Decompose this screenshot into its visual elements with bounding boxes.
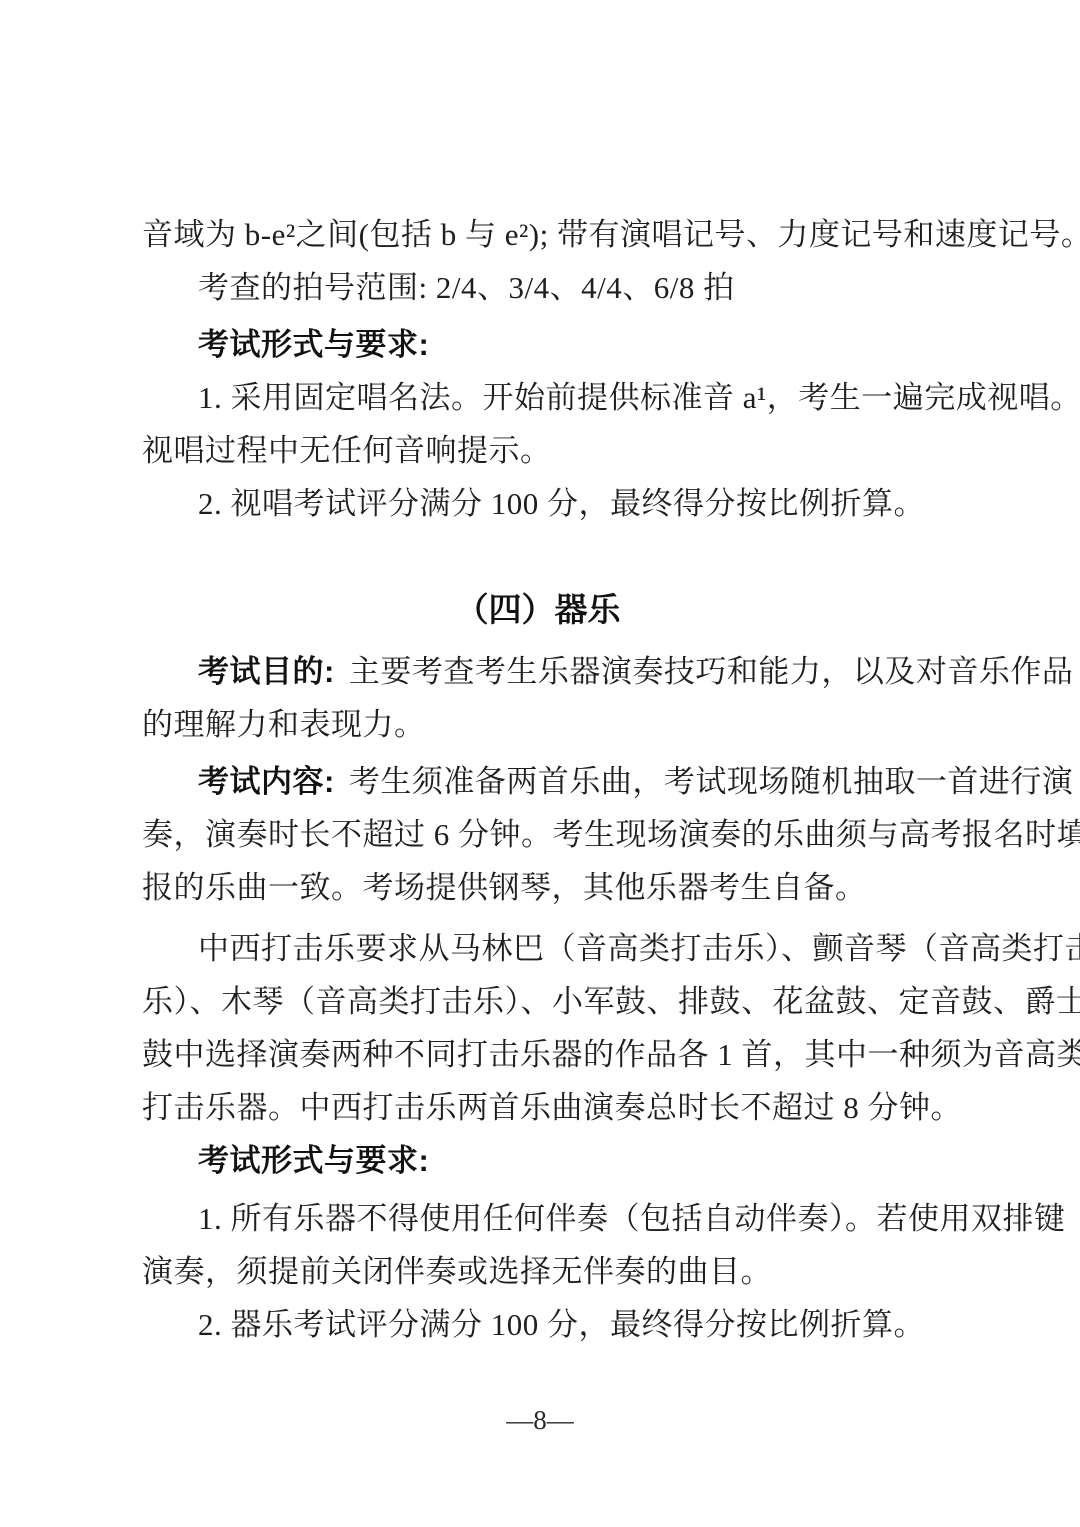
body-line-purpose-1: 考试目的:主要考查考生乐器演奏技巧和能力，以及对音乐作品 [142, 645, 934, 698]
exam-purpose-label: 考试目的: [198, 654, 335, 689]
body-line-content-2: 奏，演奏时长不超过 6 分钟。考生现场演奏的乐曲须与高考报名时填 [142, 808, 934, 861]
format-requirements-heading-sight: 考试形式与要求: [142, 318, 934, 371]
exam-content-label: 考试内容: [198, 764, 335, 799]
body-line-content-3: 报的乐曲一致。考场提供钢琴，其他乐器考生自备。 [142, 861, 934, 914]
body-line-meter: 考查的拍号范围: 2/4、3/4、4/4、6/8 拍 [142, 261, 934, 314]
exam-content-text: 考生须准备两首乐曲，考试现场随机抽取一首进行演 [349, 764, 1074, 799]
body-line-item1a-instrumental: 1. 所有乐器不得使用任何伴奏（包括自动伴奏）。若使用双排键 [142, 1192, 934, 1245]
body-line-percussion-3: 鼓中选择演奏两种不同打击乐器的作品各 1 首，其中一种须为音高类 [142, 1028, 934, 1081]
body-line-purpose-2: 的理解力和表现力。 [142, 698, 934, 751]
body-line-item1b-sight: 视唱过程中无任何音响提示。 [142, 424, 934, 477]
body-line-percussion-1: 中西打击乐要求从马林巴（音高类打击乐）、颤音琴（音高类打击 [142, 922, 934, 975]
body-line-percussion-4: 打击乐器。中西打击乐两首乐曲演奏总时长不超过 8 分钟。 [142, 1081, 934, 1134]
page-body: 音域为 b-e²之间(包括 b 与 e²); 带有演唱记号、力度记号和速度记号。… [142, 208, 934, 1351]
body-line-range: 音域为 b-e²之间(包括 b 与 e²); 带有演唱记号、力度记号和速度记号。 [142, 208, 934, 261]
body-line-percussion-2: 乐）、木琴（音高类打击乐）、小军鼓、排鼓、花盆鼓、定音鼓、爵士 [142, 975, 934, 1028]
body-line-item2-sight: 2. 视唱考试评分满分 100 分，最终得分按比例折算。 [142, 477, 934, 530]
page-number: —8— [0, 1400, 1080, 1440]
document-page: 音域为 b-e²之间(包括 b 与 e²); 带有演唱记号、力度记号和速度记号。… [0, 0, 1080, 1527]
body-line-item1a-sight: 1. 采用固定唱名法。开始前提供标准音 a¹，考生一遍完成视唱。 [142, 371, 934, 424]
body-line-item1b-instrumental: 演奏，须提前关闭伴奏或选择无伴奏的曲目。 [142, 1245, 934, 1298]
format-requirements-heading-instrumental: 考试形式与要求: [142, 1134, 934, 1187]
exam-purpose-text: 主要考查考生乐器演奏技巧和能力，以及对音乐作品 [349, 654, 1074, 689]
body-line-item2-instrumental: 2. 器乐考试评分满分 100 分，最终得分按比例折算。 [142, 1298, 934, 1351]
body-line-content-1: 考试内容:考生须准备两首乐曲，考试现场随机抽取一首进行演 [142, 755, 934, 808]
section-heading-instrumental: （四）器乐 [142, 583, 934, 636]
